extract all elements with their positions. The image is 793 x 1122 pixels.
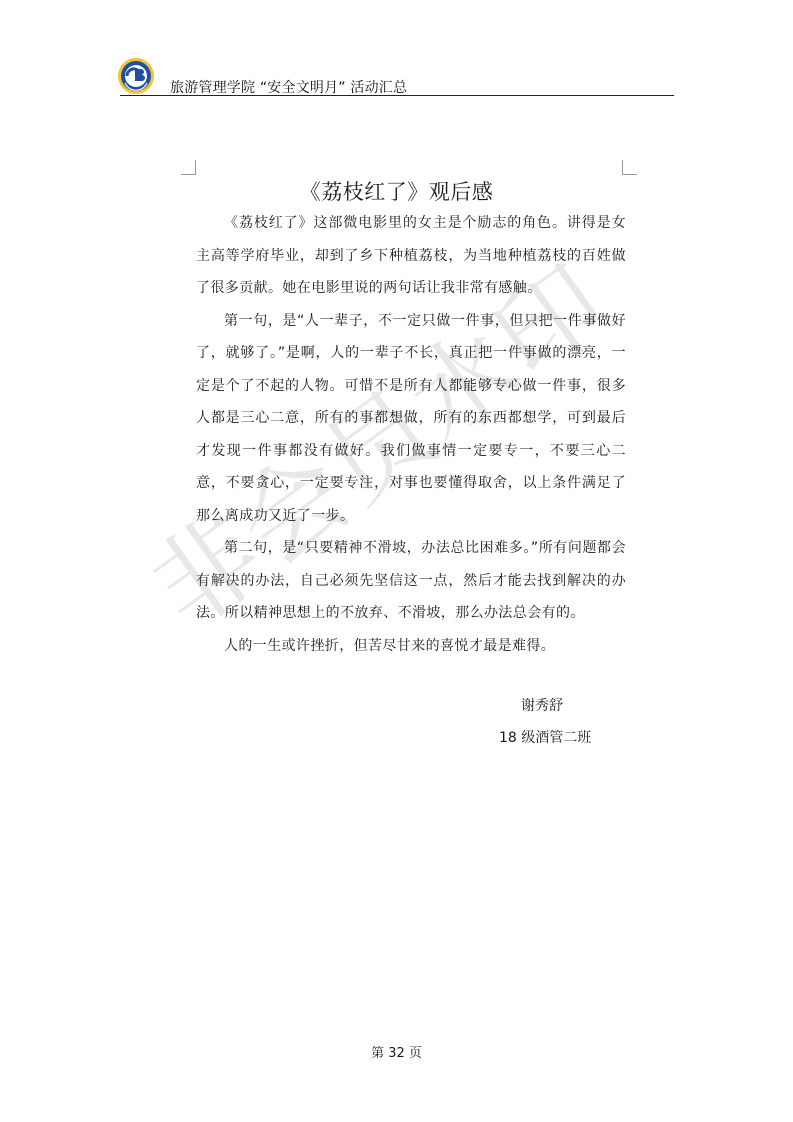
header-logo [117,57,155,95]
signature-name: 谢秀舒 [521,695,563,715]
school-emblem-icon [117,57,155,95]
document-body: 《荔枝红了》这部微电影里的女主是个励志的角色。讲得是女主高等学府毕业，却到了乡下… [196,207,626,662]
header-rule [120,95,674,96]
crop-mark-top-right [622,160,637,175]
header-title: 旅游管理学院 “安全文明月” 活动汇总 [170,77,407,97]
paragraph: 第二句，是“只要精神不滑坡，办法总比困难多。”所有问题都会有解决的办法，自己必须… [196,532,626,630]
paragraph: 《荔枝红了》这部微电影里的女主是个励志的角色。讲得是女主高等学府毕业，却到了乡下… [196,207,626,305]
crop-mark-top-left [181,160,196,175]
signature-class: 18 级酒管二班 [499,727,591,747]
paragraph: 第一句，是“人一辈子，不一定只做一件事，但只把一件事做好了，就够了。”是啊，人的… [196,305,626,533]
page-number: 第 32 页 [0,1042,793,1061]
paragraph: 人的一生或许挫折，但苦尽甘来的喜悦才最是难得。 [196,630,626,663]
document-title: 《荔枝红了》观后感 [0,176,793,206]
